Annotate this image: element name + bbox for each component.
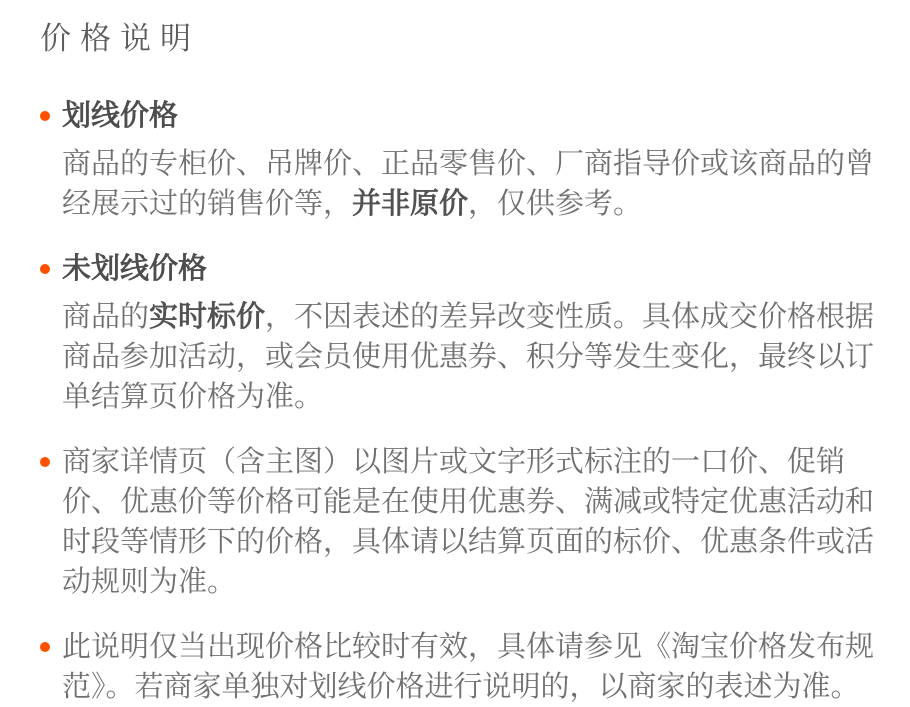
price-notice-sections: 划线价格商品的专柜价、吊牌价、正品零售价、厂商指导价或该商品的曾经展示过的销售价… — [40, 96, 870, 707]
body-text: 此说明仅当出现价格比较时有效，具体请参见《淘宝价格发布规 — [62, 631, 874, 663]
emphasis-text: 并非原价 — [352, 188, 468, 220]
price-notice-page: 价格说明 划线价格商品的专柜价、吊牌价、正品零售价、厂商指导价或该商品的曾经展示… — [0, 0, 910, 707]
text-line: 范》。若商家单独对划线价格进行说明的，以商家的表述为准。 — [62, 667, 870, 707]
body-text: 价、优惠价等价格可能是在使用优惠券、满减或特定优惠活动和 — [62, 486, 874, 518]
body-text: ，仅供参考。 — [468, 188, 642, 220]
page-title: 价格说明 — [40, 18, 870, 60]
body-text: 经展示过的销售价等， — [62, 188, 352, 220]
body-text: 单结算页价格为准。 — [62, 381, 323, 413]
price-notice-section: 未划线价格商品的实时标价，不因表述的差异改变性质。具体成交价格根据商品参加活动，… — [40, 249, 870, 417]
bullet-icon — [40, 264, 50, 274]
body-text: 商品的专柜价、吊牌价、正品零售价、厂商指导价或该商品的曾 — [62, 148, 874, 180]
text-line: 商品的专柜价、吊牌价、正品零售价、厂商指导价或该商品的曾 — [62, 144, 870, 184]
text-line: 价、优惠价等价格可能是在使用优惠券、满减或特定优惠活动和 — [62, 482, 870, 522]
text-line: 此说明仅当出现价格比较时有效，具体请参见《淘宝价格发布规 — [62, 627, 870, 667]
bullet-icon — [40, 111, 50, 121]
text-line: 时段等情形下的价格，具体请以结算页面的标价、优惠条件或活 — [62, 522, 870, 562]
section-heading: 划线价格 — [62, 96, 870, 136]
text-line: 单结算页价格为准。 — [62, 377, 870, 417]
text-line: 动规则为准。 — [62, 562, 870, 602]
text-line: 商品参加活动，或会员使用优惠券、积分等发生变化，最终以订 — [62, 337, 870, 377]
price-notice-section: 划线价格商品的专柜价、吊牌价、正品零售价、厂商指导价或该商品的曾经展示过的销售价… — [40, 96, 870, 224]
body-text: 时段等情形下的价格，具体请以结算页面的标价、优惠条件或活 — [62, 526, 874, 558]
price-notice-section: 商家详情页（含主图）以图片或文字形式标注的一口价、促销价、优惠价等价格可能是在使… — [40, 442, 870, 602]
price-notice-section: 此说明仅当出现价格比较时有效，具体请参见《淘宝价格发布规范》。若商家单独对划线价… — [40, 627, 870, 707]
body-text: 商品参加活动，或会员使用优惠券、积分等发生变化，最终以订 — [62, 341, 874, 373]
body-text: 动规则为准。 — [62, 566, 236, 598]
bullet-icon — [40, 457, 50, 467]
body-text: ，不因表述的差异改变性质。具体成交价格根据 — [265, 301, 874, 333]
text-line: 商品的实时标价，不因表述的差异改变性质。具体成交价格根据 — [62, 297, 870, 337]
bullet-icon — [40, 642, 50, 652]
body-text: 范》。若商家单独对划线价格进行说明的，以商家的表述为准。 — [62, 671, 860, 703]
text-line: 经展示过的销售价等，并非原价，仅供参考。 — [62, 184, 870, 224]
section-heading: 未划线价格 — [62, 249, 870, 289]
text-line: 商家详情页（含主图）以图片或文字形式标注的一口价、促销 — [62, 442, 870, 482]
emphasis-text: 实时标价 — [149, 301, 265, 333]
body-text: 商品的 — [62, 301, 149, 333]
body-text: 商家详情页（含主图）以图片或文字形式标注的一口价、促销 — [62, 446, 845, 478]
